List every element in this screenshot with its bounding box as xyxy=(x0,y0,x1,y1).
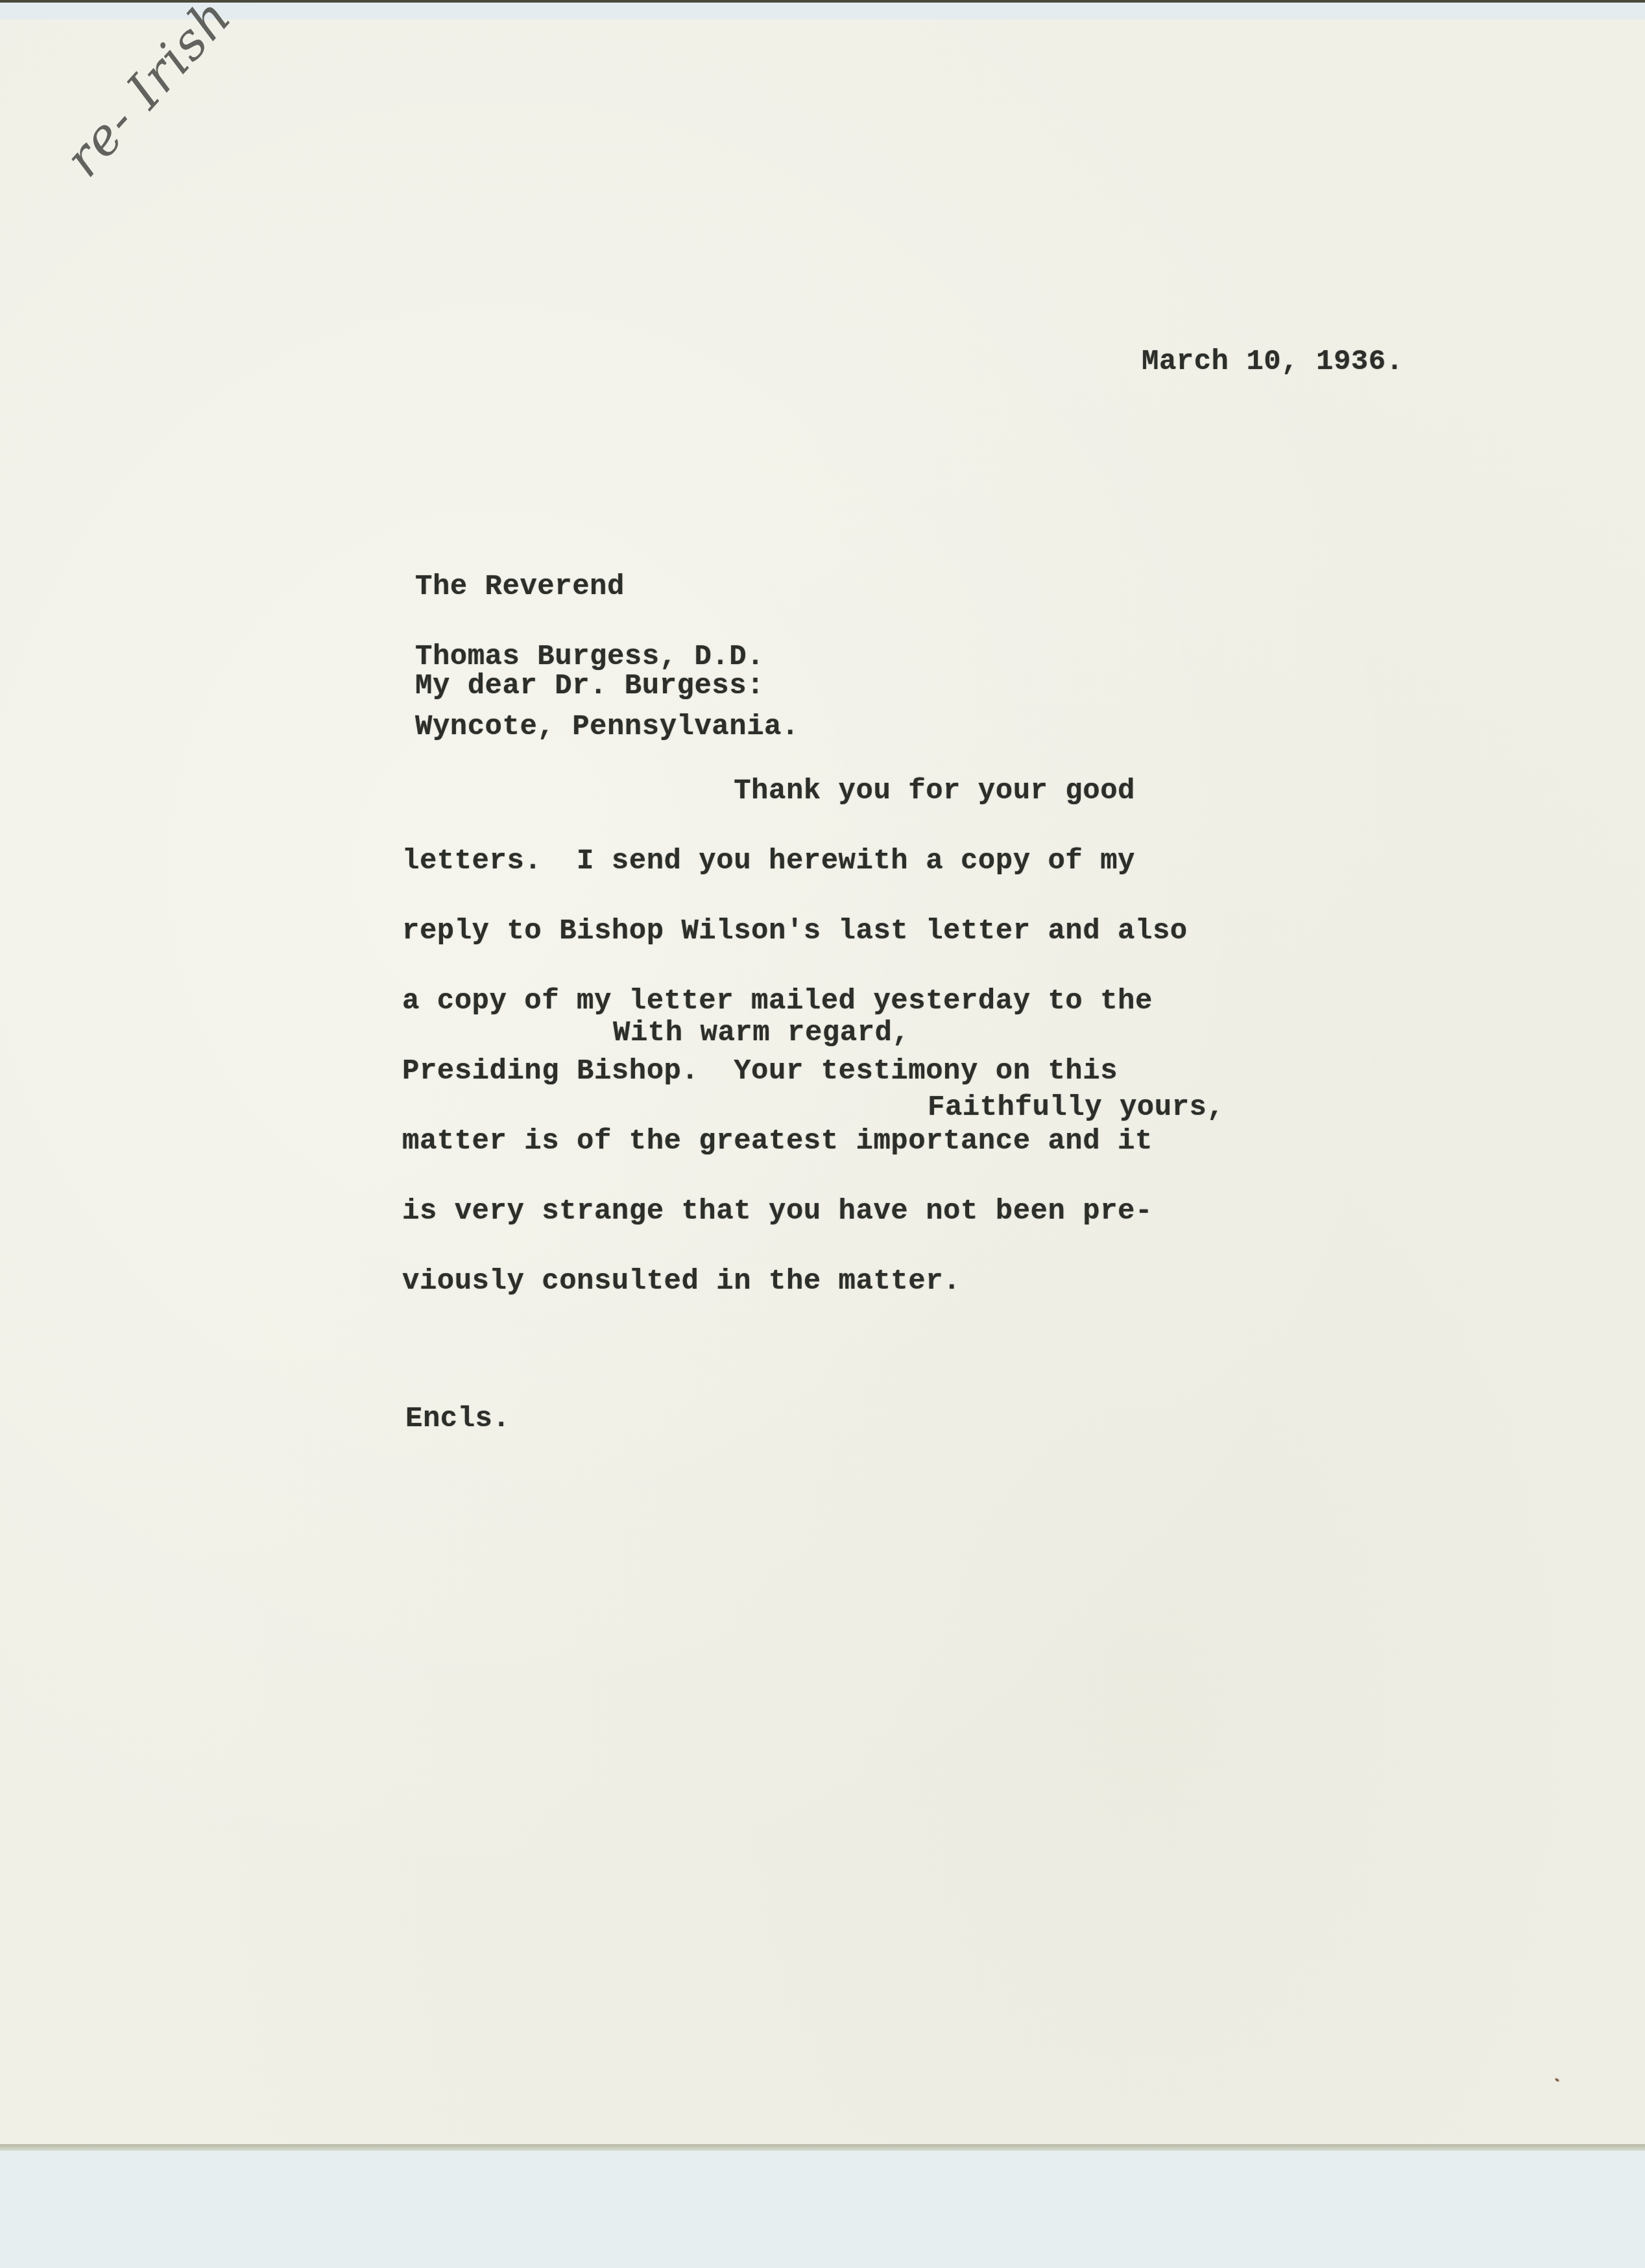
body-line: Presiding Bishop. Your testimony on this xyxy=(402,1060,1188,1083)
page-bottom-edge xyxy=(0,2144,1645,2151)
address-line: The Reverend xyxy=(415,575,799,599)
recipient-address: The Reverend Thomas Burgess, D.D. Wyncot… xyxy=(415,529,799,762)
enclosure-note: Encls. xyxy=(405,1407,510,1431)
body-line: is very strange that you have not been p… xyxy=(402,1200,1188,1223)
body-line: reply to Bishop Wilson's last letter and… xyxy=(402,920,1188,943)
body-line: Thank you for your good xyxy=(402,780,1188,803)
salutation: My dear Dr. Burgess: xyxy=(415,674,764,698)
closing-regard: With warm regard, xyxy=(613,1021,909,1045)
address-line: Thomas Burgess, D.D. xyxy=(415,645,799,669)
body-line: viously consulted in the matter. xyxy=(402,1270,1188,1293)
letter-date: March 10, 1936. xyxy=(1142,350,1404,374)
body-line: letters. I send you herewith a copy of m… xyxy=(402,850,1188,873)
closing-signoff: Faithfully yours, xyxy=(928,1096,1224,1119)
body-line: matter is of the greatest importance and… xyxy=(402,1130,1188,1153)
body-line: a copy of my letter mailed yesterday to … xyxy=(402,990,1188,1013)
